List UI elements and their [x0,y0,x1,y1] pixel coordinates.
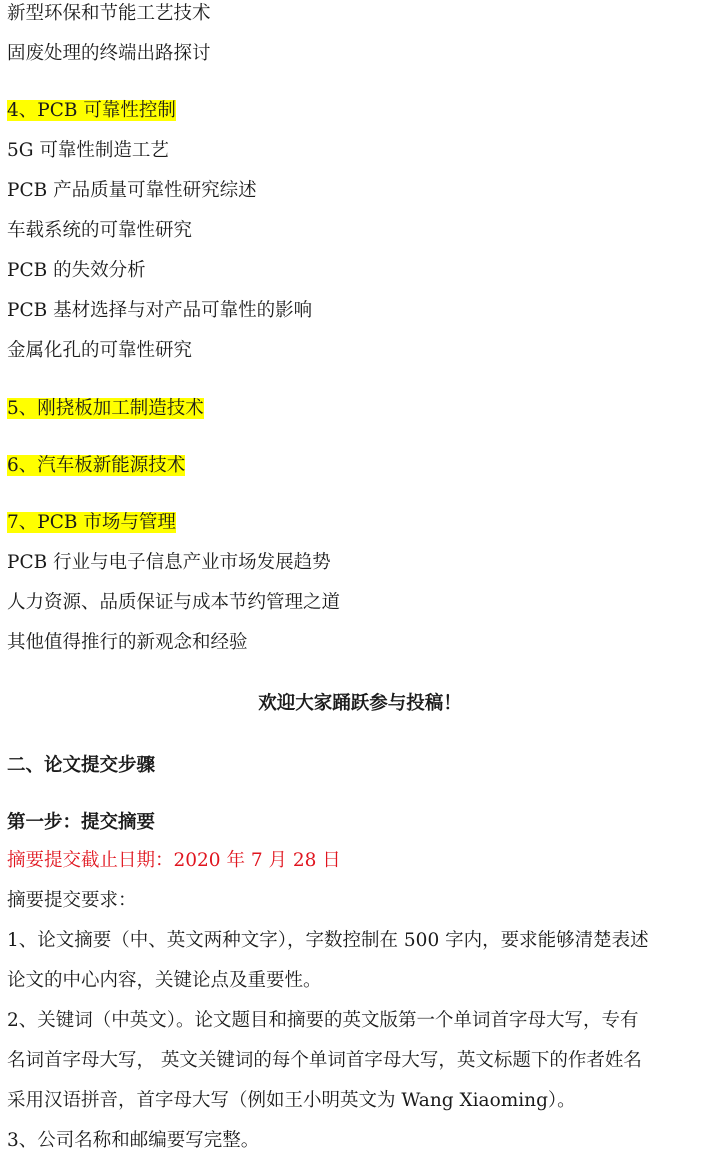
welcome-banner: 欢迎大家踊跃参与投稿！ [0,690,720,718]
step-heading: 第一步：提交摘要 [7,809,155,837]
topic-item: 固废处理的终端出路探讨 [7,40,211,68]
topic-heading-7: 7、PCB 市场与管理 [7,512,176,533]
section-heading: 二、论文提交步骤 [7,752,155,780]
requirement-3: 3、公司名称和邮编要写完整。 [7,1127,259,1155]
requirements-label: 摘要提交要求： [7,887,137,915]
topic-heading-6: 6、汽车板新能源技术 [7,455,185,476]
requirement-1-line-2: 论文的中心内容，关键论点及重要性。 [7,967,322,995]
topic-heading-4: 4、PCB 可靠性控制 [7,100,176,121]
topic-item: 车载系统的可靠性研究 [7,217,192,245]
topic-item: 5G 可靠性制造工艺 [7,137,169,165]
topic-item: PCB 产品质量可靠性研究综述 [7,177,257,205]
requirement-2-line-2: 名词首字母大写， 英文关键词的每个单词首字母大写，英文标题下的作者姓名 [7,1047,642,1075]
requirement-2-line-1: 2、关键词（中英文）。论文题目和摘要的英文版第一个单词首字母大写，专有 [7,1007,639,1035]
topic-item: PCB 的失效分析 [7,257,146,285]
requirement-1-line-1: 1、论文摘要（中、英文两种文字），字数控制在 500 字内，要求能够清楚表述 [7,927,649,955]
topic-item: 人力资源、品质保证与成本节约管理之道 [7,589,340,617]
deadline-text: 摘要提交截止日期：2020 年 7 月 28 日 [7,847,341,875]
topic-item: PCB 基材选择与对产品可靠性的影响 [7,297,312,325]
topic-item: 新型环保和节能工艺技术 [7,0,211,28]
topic-item: PCB 行业与电子信息产业市场发展趋势 [7,549,331,577]
topic-heading-5: 5、刚挠板加工制造技术 [7,398,204,419]
topic-item: 其他值得推行的新观念和经验 [7,629,248,657]
requirement-2-line-3: 采用汉语拼音，首字母大写（例如王小明英文为 Wang Xiaoming）。 [7,1087,576,1115]
topic-item: 金属化孔的可靠性研究 [7,337,192,365]
